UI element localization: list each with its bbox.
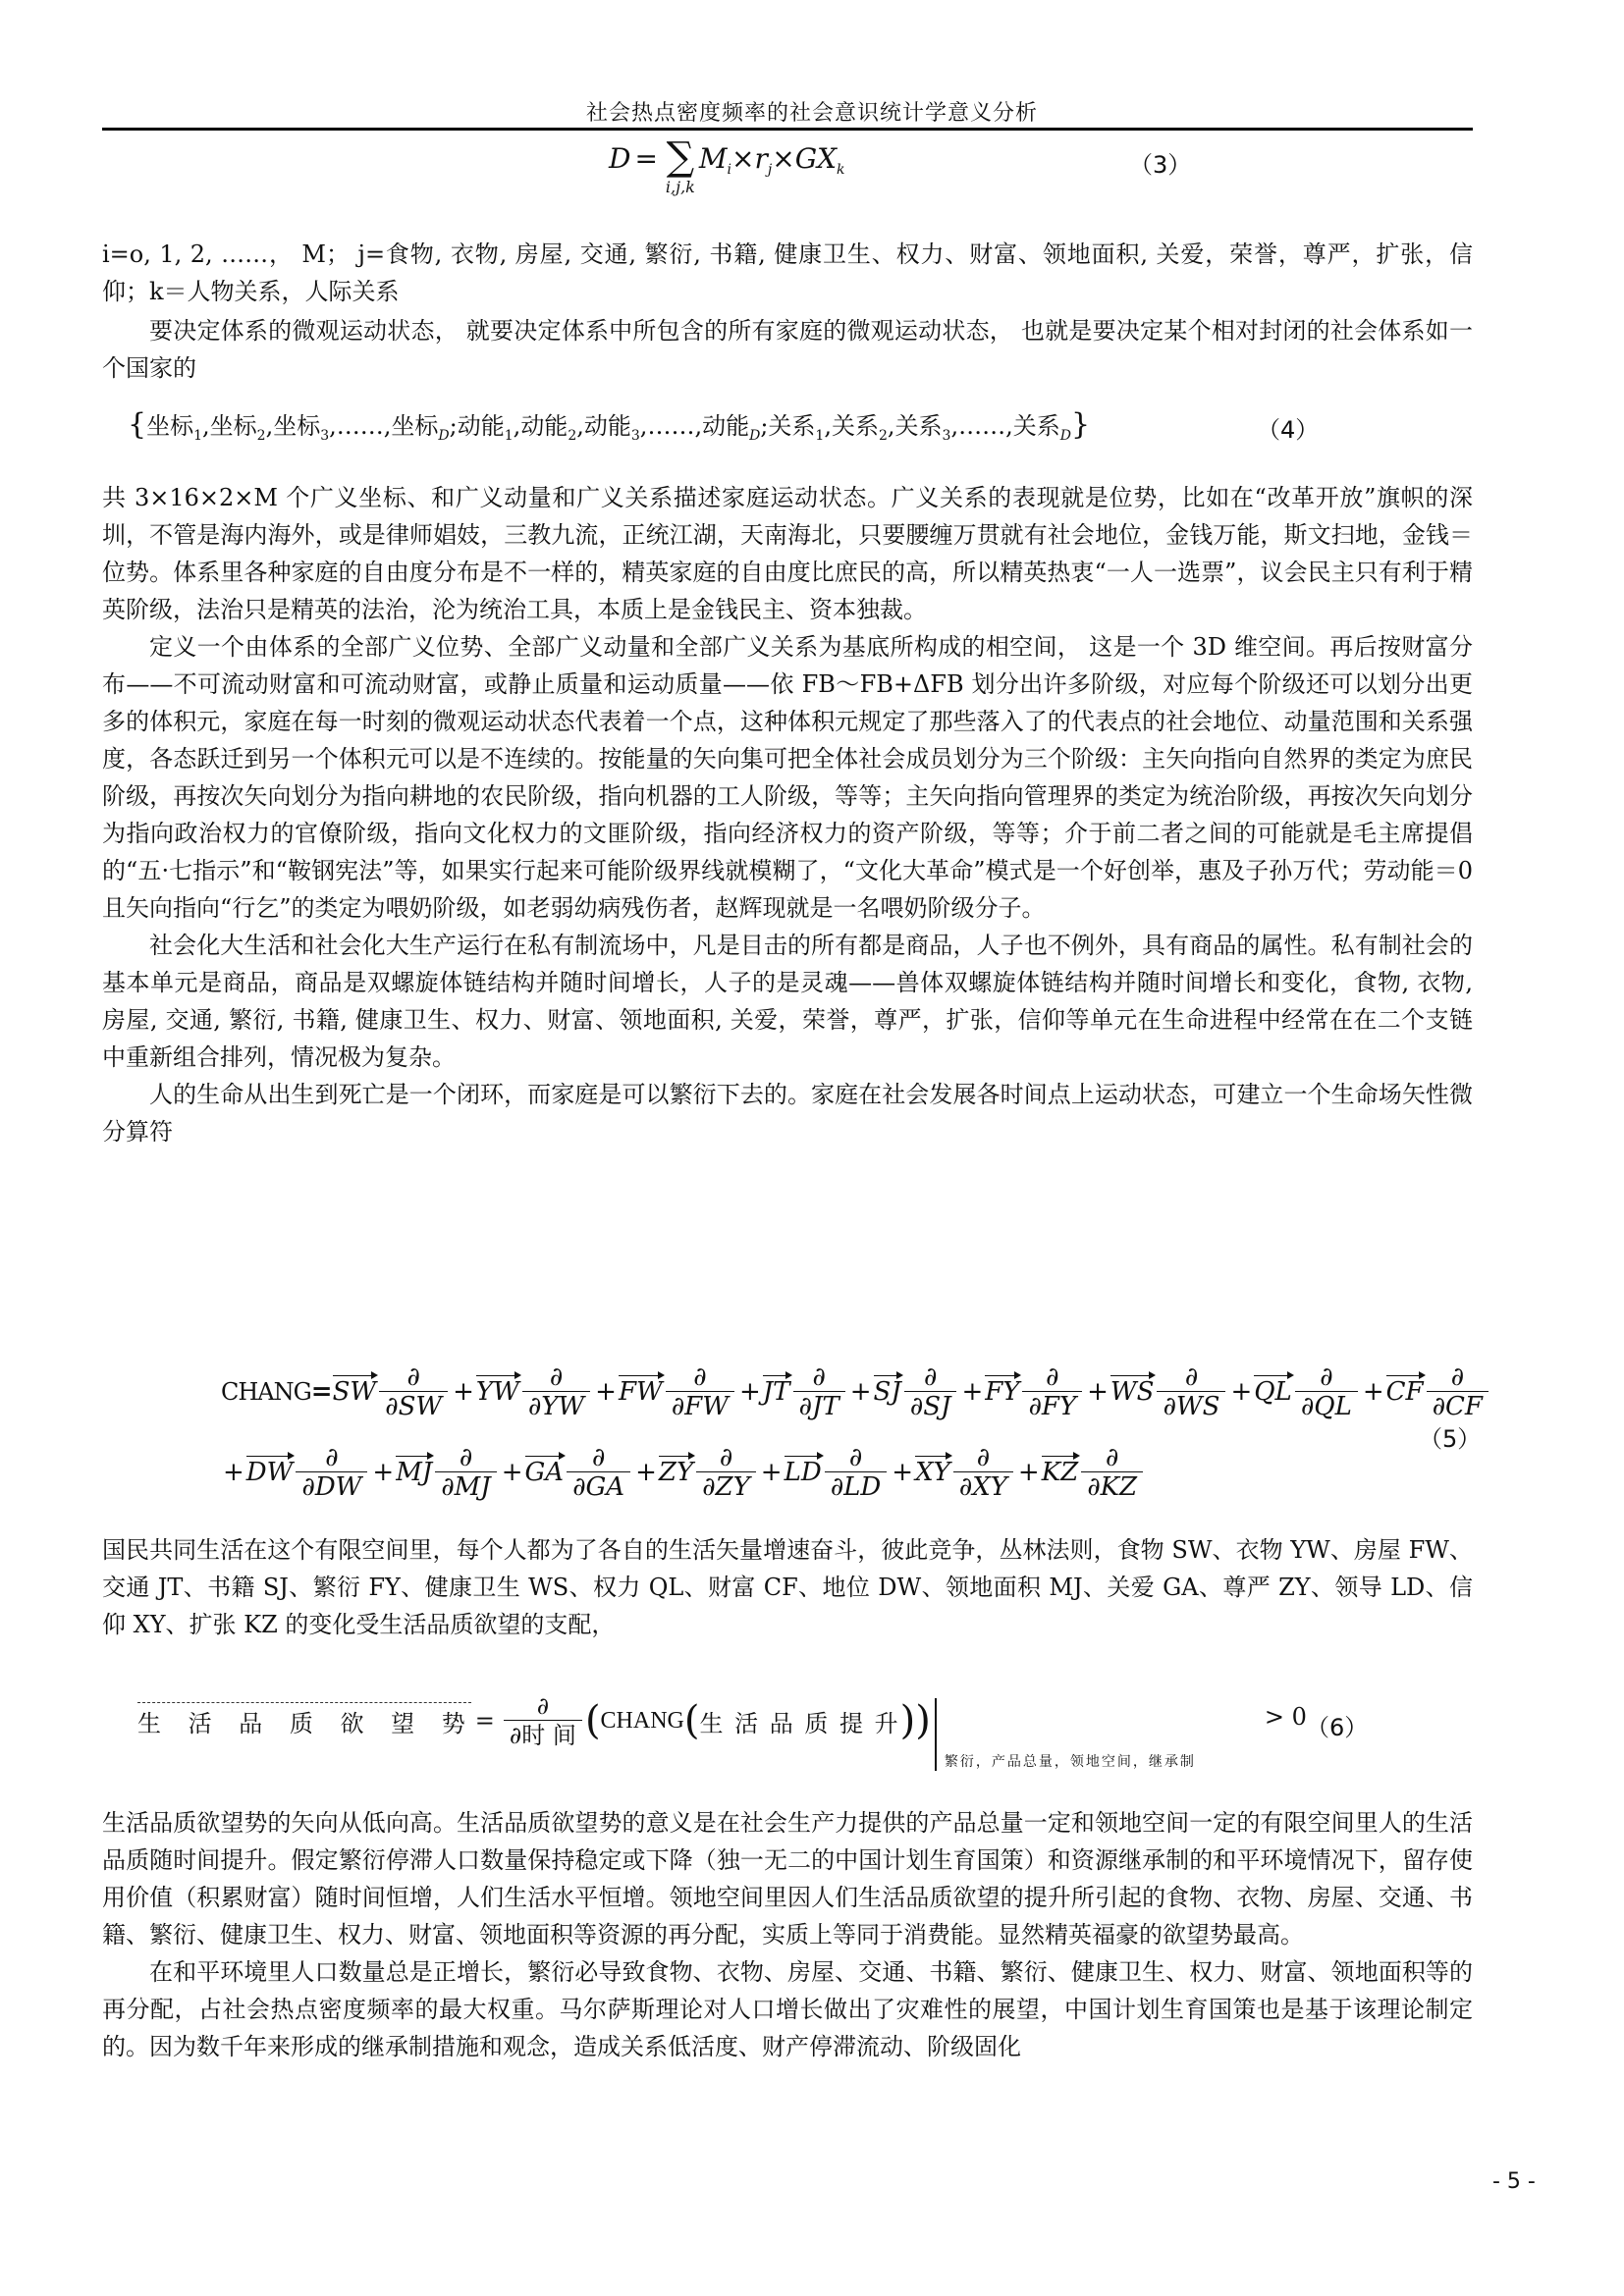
vector-ql: QL xyxy=(1254,1377,1292,1407)
paragraph-desire-potential: 生活品质欲望势的矢向从低向高。生活品质欲望势的意义是在社会生产力提供的产品总量一… xyxy=(102,1804,1473,1953)
equation-6: 生 活 品 质 欲 望 势 = ∂ ∂时 间 ( CHANG ( 生 活 品 质… xyxy=(137,1684,1414,1783)
set-item: 动能1 xyxy=(458,412,514,440)
paragraph-phase-space: 定义一个由体系的全部广义位势、全部广义动量和全部广义关系为基底所构成的相空间， … xyxy=(102,628,1473,927)
vector-xy: XY xyxy=(915,1458,950,1487)
set-item: 坐标1 xyxy=(146,412,202,440)
vector-fw: FW xyxy=(619,1377,663,1407)
vector-sw: SW xyxy=(333,1377,377,1407)
page-number: - 5 - xyxy=(1492,2169,1536,2194)
equation-number-6: （6） xyxy=(1306,1708,1368,1742)
equation-number-4: （4） xyxy=(1257,410,1319,445)
set-item: 坐标3 xyxy=(273,412,329,440)
equation-5: CHANG = SW∂∂SW+YW∂∂YW+FW∂∂FW+JT∂∂JT+SJ∂∂… xyxy=(221,1355,1497,1522)
header-rule xyxy=(102,128,1473,131)
set-item: …… xyxy=(647,412,694,440)
equation-3: D = ∑ i,j,k Mi×rj×GXk （3） xyxy=(609,139,1394,238)
eq6-lhs: 生 活 品 质 欲 望 势 xyxy=(137,1704,475,1738)
equation-number-5: （5） xyxy=(1419,1419,1481,1454)
vector-yw: YW xyxy=(476,1377,519,1407)
eq4-items: 坐标1,坐标2,坐标3,……,坐标D;动能1,动能2,动能3,……,动能D;关系… xyxy=(146,406,1071,444)
set-item: 关系3 xyxy=(895,412,951,440)
set-item: …… xyxy=(337,412,384,440)
vector-ga: GA xyxy=(525,1458,565,1487)
paragraph-life-field: 人的生命从出生到死亡是一个闭环，而家庭是可以繁衍下去的。家庭在社会发展各时间点上… xyxy=(102,1076,1473,1150)
vector-dw: DW xyxy=(246,1458,294,1487)
vector-zy: ZY xyxy=(659,1458,693,1487)
paragraph-microstate: 要决定体系的微观运动状态， 就要决定体系中所包含的所有家庭的微观运动状态， 也就… xyxy=(102,312,1473,387)
vector-sj: SJ xyxy=(874,1377,901,1407)
set-item: 动能3 xyxy=(584,412,640,440)
eq3-lhs: D xyxy=(609,139,630,179)
paragraph-population-growth: 在和平环境里人口数量总是正增长，繁衍必导致食物、衣物、房屋、交通、书籍、繁衍、健… xyxy=(102,1953,1473,2065)
running-header: 社会热点密度频率的社会意识统计学意义分析 xyxy=(0,96,1624,127)
paragraph-index-definitions: i=o, 1, 2, ……， M； j=食物, 衣物, 房屋, 交通, 繁衍, … xyxy=(102,236,1473,310)
vector-jt: JT xyxy=(763,1377,790,1407)
set-item: …… xyxy=(958,412,1005,440)
set-item: 关系2 xyxy=(832,412,888,440)
equation-4: { 坐标1,坐标2,坐标3,……,坐标D;动能1,动能2,动能3,……,动能D;… xyxy=(128,406,1404,455)
vector-fy: FY xyxy=(985,1377,1019,1407)
set-item: 坐标D xyxy=(391,412,449,440)
eq6-evaluation-conditions: 繁衍，产品总量，领地空间，继承制 xyxy=(945,1751,1196,1771)
vector-mj: MJ xyxy=(396,1458,432,1487)
paragraph-generalized-coordinates: 共 3×16×2×M 个广义坐标、和广义动量和广义关系描述家庭运动状态。广义关系… xyxy=(102,479,1473,628)
set-item: 关系1 xyxy=(768,412,824,440)
summation-symbol: ∑ i,j,k xyxy=(666,139,695,196)
paragraph-commodity: 社会化大生活和社会化大生产运行在私有制流场中，凡是目击的所有都是商品，人子也不例… xyxy=(102,927,1473,1076)
paragraph-life-vectors: 国民共同生活在这个有限空间里，每个人都为了各自的生活矢量增速奋斗，彼此竞争，丛林… xyxy=(102,1531,1473,1643)
set-item: 动能D xyxy=(702,412,760,440)
vector-kz: KZ xyxy=(1042,1458,1079,1487)
vector-ws: WS xyxy=(1110,1377,1155,1407)
set-item: 动能2 xyxy=(520,412,576,440)
set-item: 关系D xyxy=(1013,412,1071,440)
set-item: 坐标2 xyxy=(210,412,266,440)
equation-number-3: （3） xyxy=(1129,145,1191,180)
evaluation-bar xyxy=(935,1698,937,1771)
vector-ld: LD xyxy=(785,1458,822,1487)
vector-cf: CF xyxy=(1386,1377,1424,1407)
